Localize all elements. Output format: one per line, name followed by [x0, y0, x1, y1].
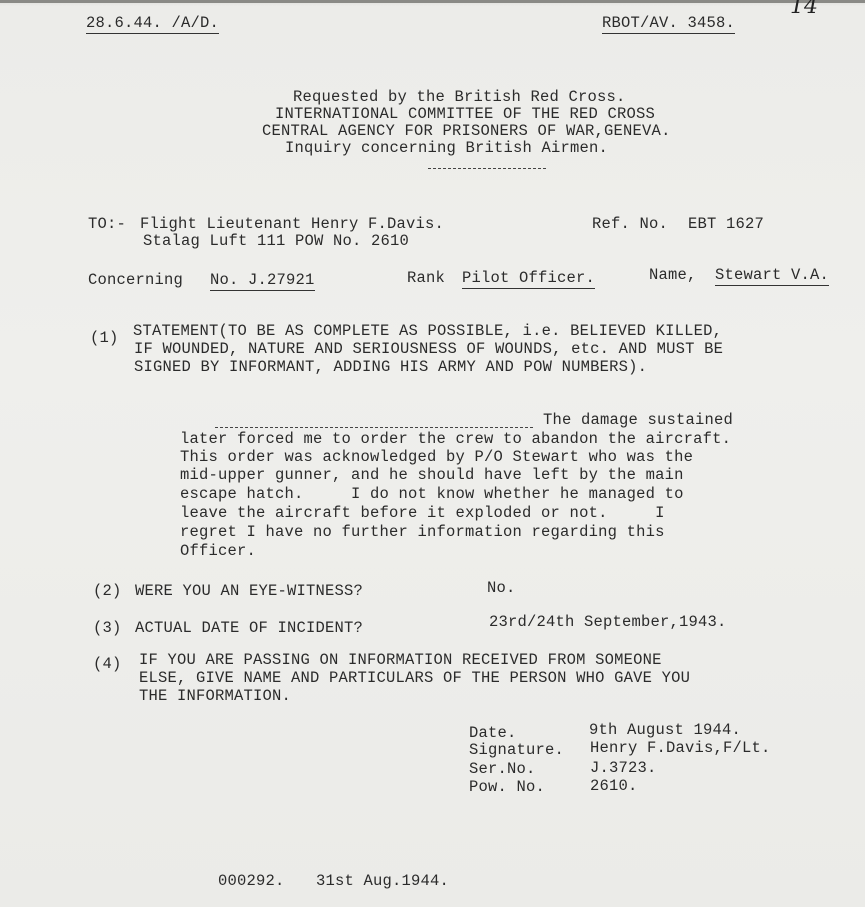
q1-line-2: IF WOUNDED, NATURE AND SERIOUSNESS OF WO…: [134, 341, 723, 358]
sig-ser-label: Ser.No.: [469, 761, 536, 778]
footer-date: 31st Aug.1944.: [316, 873, 449, 890]
q1-line-1: STATEMENT(TO BE AS COMPLETE AS POSSIBLE,…: [133, 323, 722, 340]
sig-date-label: Date.: [469, 725, 517, 742]
statement-line-7: regret I have no further information reg…: [180, 524, 665, 541]
footer-code: 000292.: [218, 873, 285, 890]
q2-answer: No.: [487, 580, 516, 597]
rank-label: Rank: [407, 270, 445, 287]
title-line-1: Requested by the British Red Cross.: [293, 89, 626, 106]
title-line-2: INTERNATIONAL COMMITTEE OF THE RED CROSS: [275, 106, 655, 123]
header-file-ref: RBOT/AV. 3458.: [602, 15, 735, 34]
header-date-ref: 28.6.44. /A/D.: [86, 15, 219, 34]
statement-line-4: mid-upper gunner, and he should have lef…: [180, 467, 684, 484]
sig-signature-label: Signature.: [469, 742, 564, 759]
scan-edge: [0, 0, 865, 3]
statement-line-8: Officer.: [180, 543, 256, 560]
name-label: Name,: [649, 267, 697, 284]
to-line-2: Stalag Luft 111 POW No. 2610: [143, 233, 409, 250]
title-line-3: CENTRAL AGENCY FOR PRISONERS OF WAR,GENE…: [262, 123, 671, 140]
sig-signature-value: Henry F.Davis,F/Lt.: [590, 740, 771, 757]
q4-line-3: THE INFORMATION.: [139, 688, 291, 705]
statement-line-2: later forced me to order the crew to aba…: [180, 431, 731, 448]
q1-line-3: SIGNED BY INFORMANT, ADDING HIS ARMY AND…: [134, 359, 647, 376]
concerning-label: Concerning: [88, 272, 183, 289]
statement-line-1: The damage sustained: [543, 412, 733, 429]
ref-label: Ref. No.: [592, 216, 668, 233]
sig-pow-value: 2610.: [590, 778, 638, 795]
handwritten-page-number: 14: [790, 0, 818, 19]
q3-question: ACTUAL DATE OF INCIDENT?: [135, 620, 363, 637]
q4-line-2: ELSE, GIVE NAME AND PARTICULARS OF THE P…: [139, 670, 690, 687]
statement-line-5: escape hatch. I do not know whether he m…: [180, 486, 684, 503]
title-line-4: Inquiry concerning British Airmen.: [285, 140, 608, 157]
ref-value: EBT 1627: [688, 216, 764, 233]
statement-redaction-dashes: [215, 427, 533, 428]
q2-question: WERE YOU AN EYE-WITNESS?: [135, 583, 363, 600]
statement-line-6: leave the aircraft before it exploded or…: [180, 505, 665, 522]
sig-date-value: 9th August 1944.: [589, 722, 741, 739]
q4-number: (4): [93, 656, 122, 673]
name-value: Stewart V.A.: [715, 267, 829, 286]
q3-number: (3): [93, 620, 122, 637]
concerning-number: No. J.27921: [210, 272, 315, 291]
document-page: 28.6.44. /A/D. RBOT/AV. 3458. 14 Request…: [0, 0, 865, 907]
title-divider: [428, 168, 546, 169]
sig-pow-label: Pow. No.: [469, 779, 545, 796]
rank-value: Pilot Officer.: [462, 270, 595, 289]
sig-ser-value: J.3723.: [590, 760, 657, 777]
to-line-1: Flight Lieutenant Henry F.Davis.: [140, 216, 444, 233]
q4-line-1: IF YOU ARE PASSING ON INFORMATION RECEIV…: [139, 652, 662, 669]
q2-number: (2): [93, 583, 122, 600]
q1-number: (1): [90, 330, 119, 347]
statement-line-3: This order was acknowledged by P/O Stewa…: [180, 449, 693, 466]
to-label: TO:-: [88, 216, 126, 233]
q3-answer: 23rd/24th September,1943.: [489, 614, 727, 631]
